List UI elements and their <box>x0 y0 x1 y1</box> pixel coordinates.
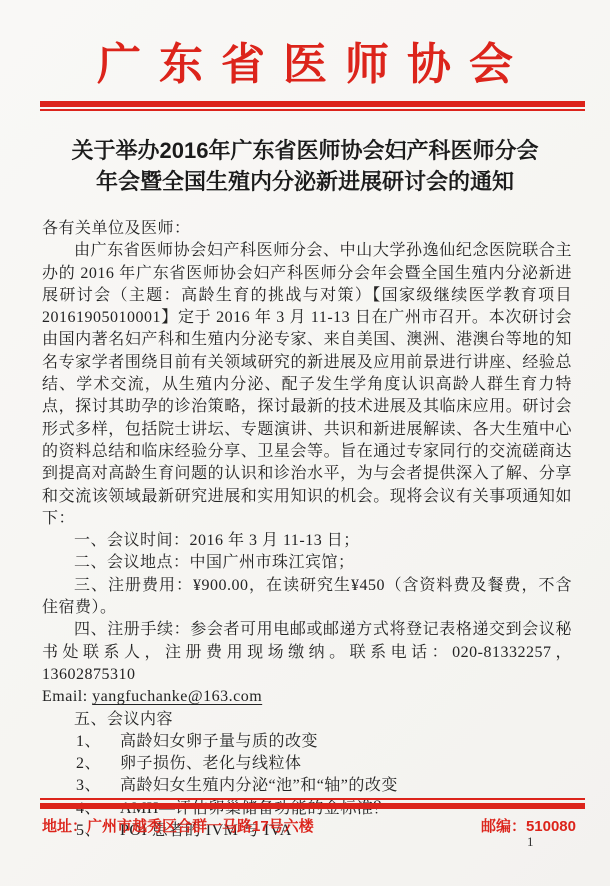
agenda-item-text: 高龄妇女生殖内分泌“池”和“轴”的改变 <box>120 775 572 797</box>
organization-title: 广东省医师协会 <box>0 40 610 90</box>
agenda-item-number: 1、 <box>76 731 120 753</box>
document-body: 各有关单位及医师： 由广东省医师协会妇产科医师分会、中山大学孙逸仙纪念医院联合主… <box>42 218 572 842</box>
agenda-item-number: 2、 <box>76 753 120 775</box>
intro-paragraph: 由广东省医师协会妇产科医师分会、中山大学孙逸仙纪念医院联合主办的 2016 年广… <box>42 240 572 530</box>
agenda-item-number: 3、 <box>76 775 120 797</box>
agenda-item: 1、 高龄妇女卵子量与质的改变 <box>42 731 572 753</box>
footer-rule-thin <box>40 798 585 800</box>
registration-procedure-item: 四、注册手续：参会者可用电邮或邮递方式将登记表格递交到会议秘书处联系人，注册费用… <box>42 619 572 686</box>
footer: 地址：广州市越秀区合群一马路17号六楼 邮编：510080 <box>42 815 576 836</box>
salutation: 各有关单位及医师： <box>42 218 572 240</box>
footer-rule-thick <box>40 803 585 809</box>
agenda-heading: 五、会议内容 <box>42 709 572 731</box>
footer-postcode: 邮编：510080 <box>481 815 576 836</box>
document-title-line1: 关于举办2016年广东省医师协会妇产科医师分会 <box>0 135 610 166</box>
header-rule-thick <box>40 101 585 107</box>
agenda-item-text: 高龄妇女卵子量与质的改变 <box>120 731 572 753</box>
page-number: 1 <box>527 834 534 850</box>
agenda-item: 3、 高龄妇女生殖内分泌“池”和“轴”的改变 <box>42 775 572 797</box>
email-line: Email: yangfuchanke@163.com <box>42 686 572 708</box>
header-rule-thin <box>40 109 585 111</box>
meeting-time-item: 一、会议时间：2016 年 3 月 11-13 日； <box>42 530 572 552</box>
agenda-item-text: 卵子损伤、老化与线粒体 <box>120 753 572 775</box>
email-address: yangfuchanke@163.com <box>92 688 262 705</box>
document-title-line2: 年会暨全国生殖内分泌新进展研讨会的通知 <box>0 166 610 197</box>
document-page: 广东省医师协会 关于举办2016年广东省医师协会妇产科医师分会 年会暨全国生殖内… <box>0 0 610 886</box>
registration-fee-item: 三、注册费用：¥900.00，在读研究生¥450（含资料费及餐费，不含住宿费）。 <box>42 575 572 620</box>
agenda-item: 2、 卵子损伤、老化与线粒体 <box>42 753 572 775</box>
meeting-venue-item: 二、会议地点：中国广州市珠江宾馆； <box>42 552 572 574</box>
email-label: Email: <box>42 688 92 705</box>
document-title: 关于举办2016年广东省医师协会妇产科医师分会 年会暨全国生殖内分泌新进展研讨会… <box>0 135 610 197</box>
footer-address: 地址：广州市越秀区合群一马路17号六楼 <box>42 815 314 836</box>
